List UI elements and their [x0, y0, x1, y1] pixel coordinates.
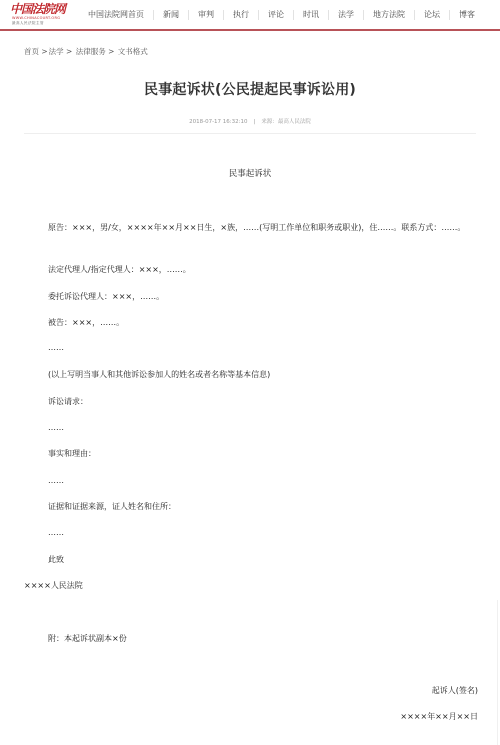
meta-separator: | — [254, 119, 256, 125]
ellipsis-paragraph: …… — [48, 343, 64, 353]
page-edge-line — [497, 600, 498, 745]
breadcrumb-separator: > — [64, 47, 75, 56]
evidence-label: 证据和证据来源，证人姓名和住所： — [48, 502, 176, 512]
nav-item-execution[interactable]: 执行 — [223, 10, 258, 20]
nav-item-trial[interactable]: 审判 — [188, 10, 223, 20]
logo-url: WWW.CHINACOURT.ORG — [12, 16, 60, 20]
salutation: 此致 — [48, 555, 64, 565]
article-title: 民事起诉状(公民提起民事诉讼用) — [0, 79, 500, 99]
breadcrumb-legal-services[interactable]: 法律服务 — [76, 47, 106, 56]
signature-date: ××××年××月××日 — [400, 712, 478, 722]
logo-text: 中国法院网 — [10, 3, 65, 16]
nav-item-home[interactable]: 中国法院网首页 — [82, 10, 153, 20]
entrusted-agent-paragraph: 委托诉讼代理人：×××，……。 — [48, 292, 164, 302]
note-paragraph: (以上写明当事人和其他诉讼参加人的姓名或者名称等基本信息) — [48, 370, 270, 380]
document-heading: 民事起诉状 — [0, 167, 500, 179]
facts-ellipsis: …… — [48, 476, 64, 486]
logo-tagline: 最高人民法院主管 — [12, 21, 44, 25]
article-source: 来源：最高人民法院 — [261, 119, 311, 125]
meta-divider — [24, 133, 476, 134]
court-name: ××××人民法院 — [24, 581, 83, 591]
nav-item-local-courts[interactable]: 地方法院 — [363, 10, 414, 20]
site-logo[interactable]: 中国法院网 WWW.CHINACOURT.ORG 最高人民法院主管 — [10, 3, 66, 27]
nav-item-blog[interactable]: 博客 — [449, 10, 484, 20]
claims-ellipsis: …… — [48, 423, 64, 433]
nav-item-commentary[interactable]: 评论 — [258, 10, 293, 20]
breadcrumb-separator: > — [106, 47, 117, 56]
breadcrumb: 首页 >法学 > 法律服务 > 文书格式 — [24, 46, 148, 57]
plaintiff-paragraph: 原告：×××，男/女，××××年××月××日生，×族，……(写明工作单位和职务或… — [24, 218, 484, 237]
evidence-ellipsis: …… — [48, 528, 64, 538]
article-date: 2018-07-17 16:32:10 — [189, 119, 247, 125]
article-meta: 2018-07-17 16:32:10|来源：最高人民法院 — [0, 117, 500, 125]
header-accent-bar — [0, 29, 500, 31]
nav-item-law-studies[interactable]: 法学 — [328, 10, 363, 20]
nav-item-forum[interactable]: 论坛 — [414, 10, 449, 20]
claims-label: 诉讼请求： — [48, 397, 88, 407]
facts-label: 事实和理由： — [48, 449, 96, 459]
legal-agent-paragraph: 法定代理人/指定代理人：×××，……。 — [48, 265, 191, 275]
nav-item-news[interactable]: 新闻 — [153, 10, 188, 20]
breadcrumb-separator: > — [39, 47, 48, 56]
main-nav: 中国法院网首页 新闻 审判 执行 评论 时讯 法学 地方法院 论坛 博客 — [82, 8, 484, 22]
site-header: 中国法院网 WWW.CHINACOURT.ORG 最高人民法院主管 中国法院网首… — [0, 0, 500, 29]
nav-item-briefs[interactable]: 时讯 — [293, 10, 328, 20]
defendant-paragraph: 被告：×××，……。 — [48, 318, 124, 328]
breadcrumb-home[interactable]: 首页 — [24, 47, 39, 56]
signature-line: 起诉人(签名) — [432, 686, 478, 696]
attachment-note: 附：本起诉状副本×份 — [48, 634, 127, 644]
breadcrumb-law-studies[interactable]: 法学 — [49, 47, 64, 56]
breadcrumb-document-formats[interactable]: 文书格式 — [118, 47, 148, 56]
